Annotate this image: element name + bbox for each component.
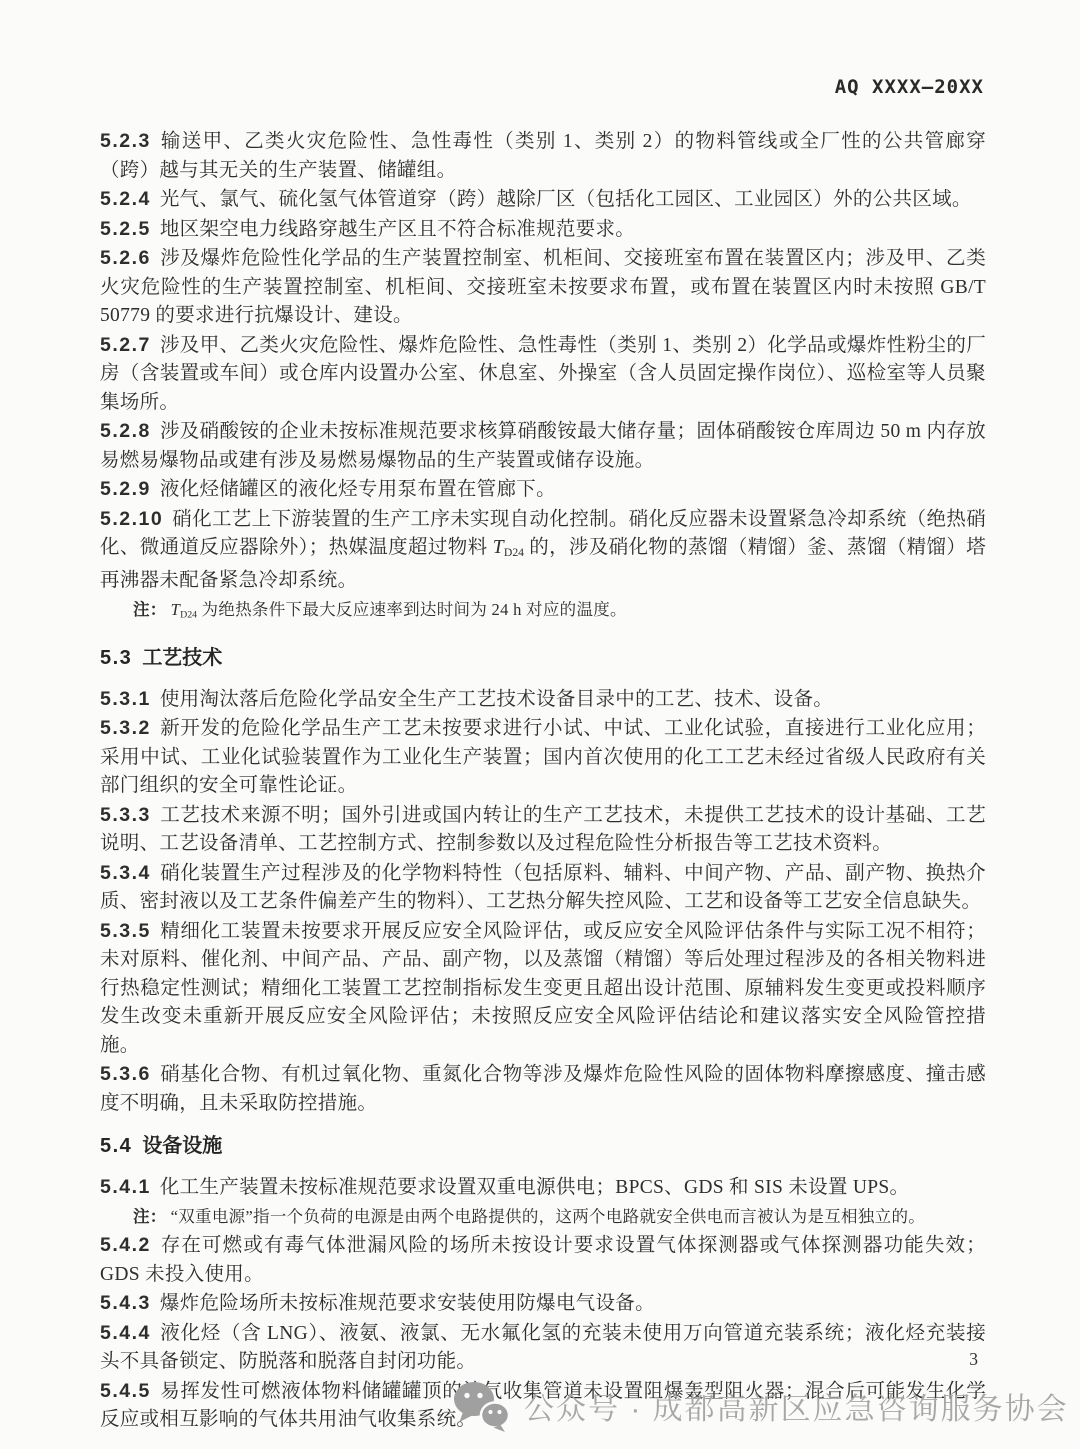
clause-number: 5.3.6	[100, 1063, 151, 1085]
clause-text: 输送甲、乙类火灾危险性、急性毒性（类别 1、类别 2）的物料管线或全厂性的公共管…	[100, 131, 986, 181]
clause-text: 工艺技术来源不明；国外引进或国内转让的生产工艺技术，未提供工艺技术的设计基础、工…	[100, 805, 986, 855]
clause-number: 5.2.8	[100, 420, 151, 442]
clause-5-3-4: 5.3.4硝化装置生产过程涉及的化学物料特性（包括原料、辅料、中间产物、产品、副…	[100, 859, 986, 917]
clause-number: 5.2.7	[100, 334, 151, 356]
clause-5-3-3: 5.3.3工艺技术来源不明；国外引进或国内转让的生产工艺技术，未提供工艺技术的设…	[100, 801, 986, 859]
clause-text: 地区架空电力线路穿越生产区且不符合标准规范要求。	[160, 219, 635, 240]
section-number: 5.3	[100, 647, 132, 669]
clause-number: 5.3.5	[100, 920, 151, 942]
wechat-icon	[452, 1380, 510, 1432]
clause-text: 硝化装置生产过程涉及的化学物料特性（包括原料、辅料、中间产物、产品、副产物、换热…	[100, 863, 986, 913]
clause-number: 5.2.3	[100, 130, 151, 152]
clause-text: 化工生产装置未按标准规范要求设置双重电源供电；BPCS、GDS 和 SIS 未设…	[160, 1177, 909, 1198]
clause-number: 5.4.2	[100, 1234, 151, 1256]
clause-text: 存在可燃或有毒气体泄漏风险的场所未按设计要求设置气体探测器或气体探测器功能失效；…	[100, 1235, 986, 1285]
clause-5-2-4: 5.2.4光气、氯气、硫化氢气体管道穿（跨）越除厂区（包括化工园区、工业园区）外…	[100, 185, 986, 215]
clause-text: 爆炸危险场所未按标准规范要求安装使用防爆电气设备。	[160, 1293, 655, 1314]
watermark-text: 公众号 · 成都高新区应急咨询服务协会	[524, 1384, 1069, 1428]
clause-text: 硝基化合物、有机过氧化物、重氮化合物等涉及爆炸危险性风险的固体物料摩擦感度、撞击…	[100, 1064, 986, 1114]
watermark: 公众号 · 成都高新区应急咨询服务协会	[452, 1380, 1069, 1432]
section-heading-5-4: 5.4设备设施	[100, 1132, 986, 1161]
clause-number: 5.4.4	[100, 1322, 151, 1344]
document-body: 5.2.3输送甲、乙类火灾危险性、急性毒性（类别 1、类别 2）的物料管线或全厂…	[100, 127, 986, 1435]
note-t-d24: 注：TD24 为绝热条件下最大反应速率到达时间为 24 h 对应的温度。	[100, 596, 986, 630]
clause-5-3-6: 5.3.6硝基化合物、有机过氧化物、重氮化合物等涉及爆炸危险性风险的固体物料摩擦…	[100, 1060, 986, 1118]
clause-5-2-5: 5.2.5地区架空电力线路穿越生产区且不符合标准规范要求。	[100, 215, 986, 245]
clause-number: 5.3.1	[100, 688, 151, 710]
clause-number: 5.4.1	[100, 1176, 151, 1198]
clause-number: 5.2.9	[100, 478, 151, 500]
clause-5-4-3: 5.4.3爆炸危险场所未按标准规范要求安装使用防爆电气设备。	[100, 1289, 986, 1319]
clause-5-4-1: 5.4.1化工生产装置未按标准规范要求设置双重电源供电；BPCS、GDS 和 S…	[100, 1173, 986, 1203]
clause-number: 5.4.5	[100, 1380, 151, 1402]
note-text: “双重电源”指一个负荷的电源是由两个电路提供的，这两个电路就安全供电而言被认为是…	[171, 1207, 925, 1226]
clause-number: 5.3.2	[100, 717, 151, 739]
clause-text: 使用淘汰落后危险化学品安全生产工艺技术设备目录中的工艺、技术、设备。	[160, 689, 833, 710]
doc-code-header: AQ XXXX—20XX	[835, 76, 984, 98]
clause-number: 5.2.5	[100, 218, 151, 240]
clause-number: 5.3.3	[100, 804, 151, 826]
clause-5-3-2: 5.3.2新开发的危险化学品生产工艺未按要求进行小试、中试、工业化试验，直接进行…	[100, 714, 986, 801]
clause-text: 涉及硝酸铵的企业未按标准规范要求核算硝酸铵最大储存量；固体硝酸铵仓库周边 50 …	[100, 421, 986, 471]
section-title: 工艺技术	[142, 647, 222, 669]
note-dual-power: 注：“双重电源”指一个负荷的电源是由两个电路提供的，这两个电路就安全供电而言被认…	[100, 1203, 986, 1232]
clause-text: 新开发的危险化学品生产工艺未按要求进行小试、中试、工业化试验，直接进行工业化应用…	[100, 718, 986, 796]
note-label: 注：	[133, 601, 167, 619]
note-label: 注：	[133, 1208, 167, 1226]
section-number: 5.4	[100, 1135, 132, 1157]
clause-5-2-6: 5.2.6涉及爆炸危险性化学品的生产装置控制室、机柜间、交接班室布置在装置区内；…	[100, 244, 986, 331]
section-title: 设备设施	[142, 1135, 222, 1157]
clause-text: 涉及甲、乙类火灾危险性、爆炸危险性、急性毒性（类别 1、类别 2）化学品或爆炸性…	[100, 335, 986, 413]
clause-5-2-7: 5.2.7涉及甲、乙类火灾危险性、爆炸危险性、急性毒性（类别 1、类别 2）化学…	[100, 331, 986, 418]
clause-number: 5.3.4	[100, 862, 151, 884]
clause-text: 硝化工艺上下游装置的生产工序未实现自动化控制。硝化反应器未设置紧急冷却系统（绝热…	[100, 509, 986, 592]
clause-5-2-8: 5.2.8涉及硝酸铵的企业未按标准规范要求核算硝酸铵最大储存量；固体硝酸铵仓库周…	[100, 417, 986, 475]
clause-5-3-1: 5.3.1使用淘汰落后危险化学品安全生产工艺技术设备目录中的工艺、技术、设备。	[100, 685, 986, 715]
clause-text: 精细化工装置未按要求开展反应安全风险评估，或反应安全风险评估条件与实际工况不相符…	[100, 921, 986, 1056]
clause-number: 5.2.4	[100, 188, 151, 210]
clause-number: 5.2.10	[100, 508, 163, 530]
clause-number: 5.2.6	[100, 247, 151, 269]
clause-number: 5.4.3	[100, 1292, 151, 1314]
clause-text: 液化烃储罐区的液化烃专用泵布置在管廊下。	[160, 479, 556, 500]
clause-5-4-2: 5.4.2存在可燃或有毒气体泄漏风险的场所未按设计要求设置气体探测器或气体探测器…	[100, 1231, 986, 1289]
clause-text: 涉及爆炸危险性化学品的生产装置控制室、机柜间、交接班室布置在装置区内；涉及甲、乙…	[100, 248, 986, 326]
note-text: TD24 为绝热条件下最大反应速率到达时间为 24 h 对应的温度。	[171, 600, 627, 619]
clause-text: 光气、氯气、硫化氢气体管道穿（跨）越除厂区（包括化工园区、工业园区）外的公共区域…	[160, 189, 972, 210]
clause-5-2-10: 5.2.10硝化工艺上下游装置的生产工序未实现自动化控制。硝化反应器未设置紧急冷…	[100, 505, 986, 596]
clause-5-2-3: 5.2.3输送甲、乙类火灾危险性、急性毒性（类别 1、类别 2）的物料管线或全厂…	[100, 127, 986, 185]
clause-5-4-4: 5.4.4液化烃（含 LNG）、液氨、液氯、无水氟化氢的充装未使用万向管道充装系…	[100, 1319, 986, 1377]
clause-5-3-5: 5.3.5精细化工装置未按要求开展反应安全风险评估，或反应安全风险评估条件与实际…	[100, 917, 986, 1061]
section-heading-5-3: 5.3工艺技术	[100, 644, 986, 673]
clause-5-2-9: 5.2.9液化烃储罐区的液化烃专用泵布置在管廊下。	[100, 475, 986, 505]
document-page: AQ XXXX—20XX 5.2.3输送甲、乙类火灾危险性、急性毒性（类别 1、…	[0, 0, 1080, 1449]
clause-text: 液化烃（含 LNG）、液氨、液氯、无水氟化氢的充装未使用万向管道充装系统；液化烃…	[100, 1323, 986, 1373]
page-number: 3	[969, 1349, 978, 1370]
